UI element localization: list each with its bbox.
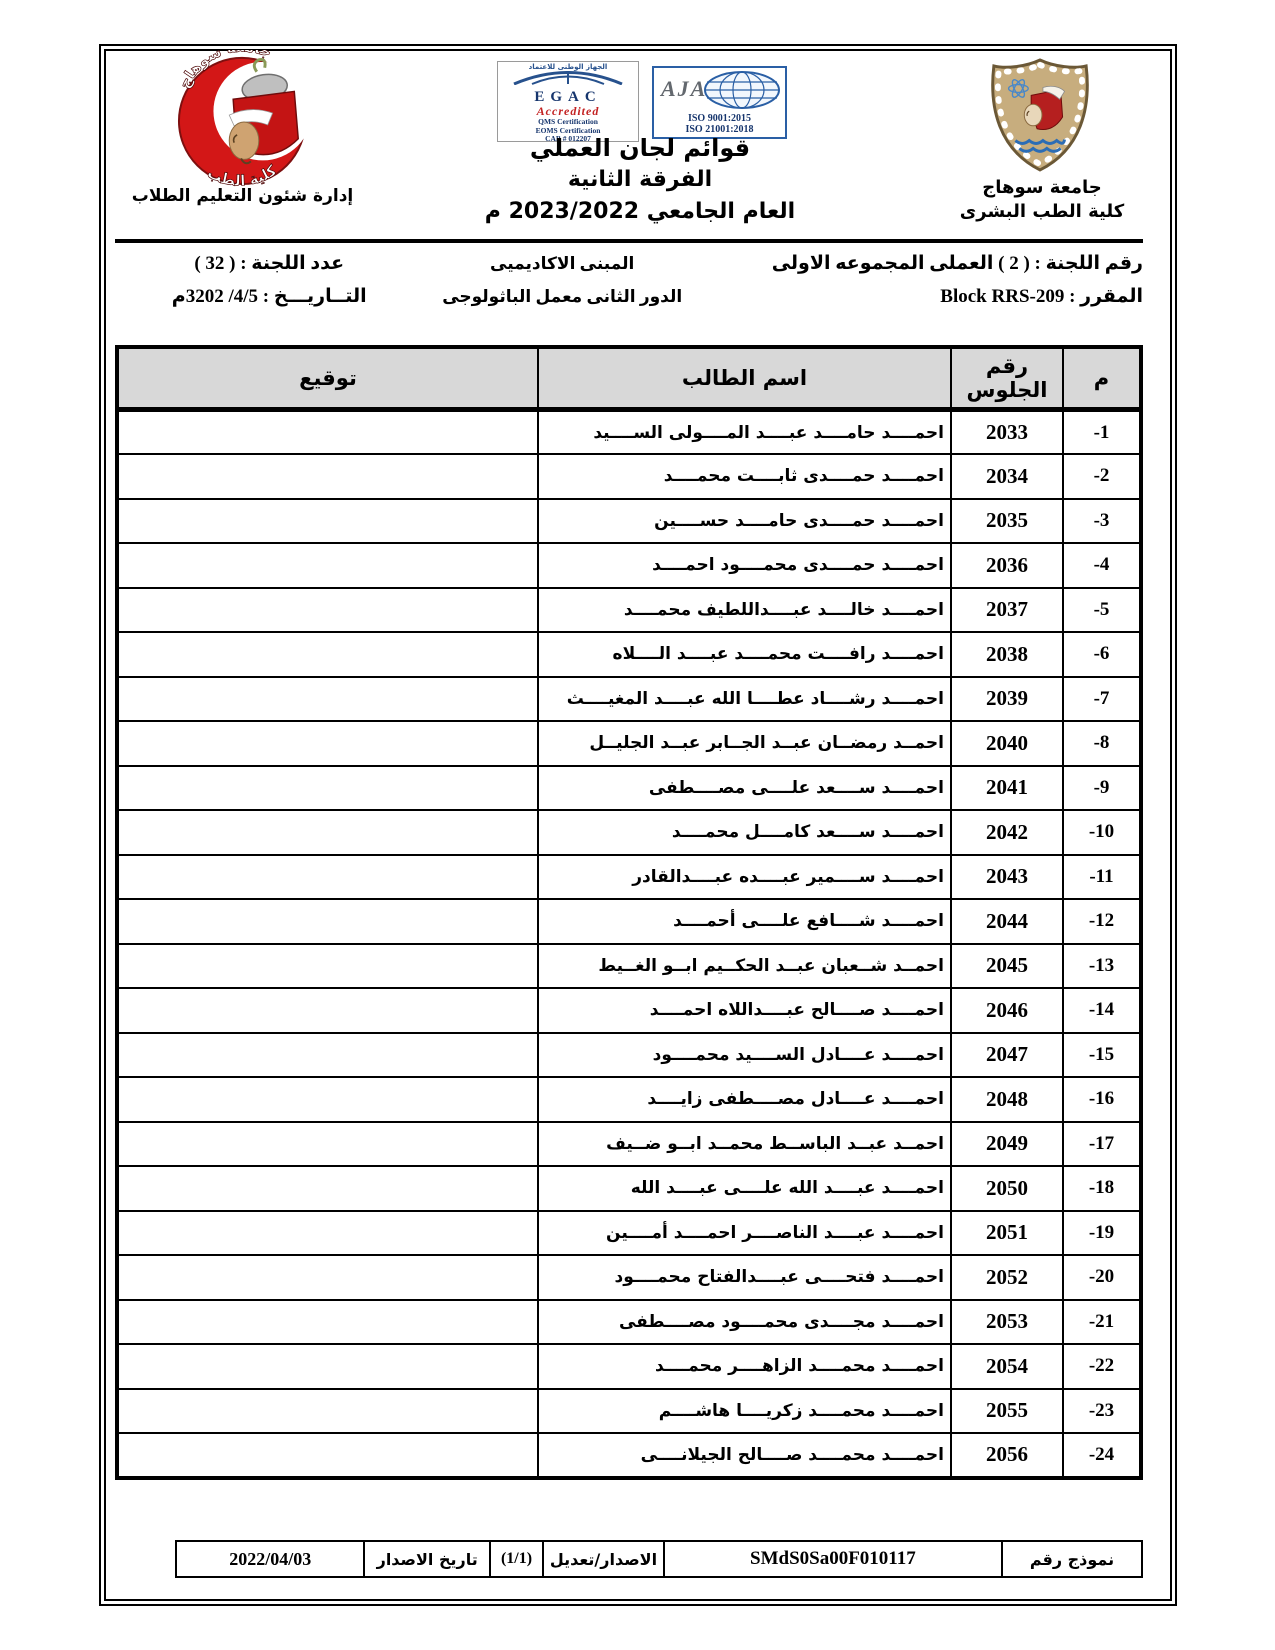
signature-cell [117, 899, 538, 944]
seat-number-cell: 2051 [951, 1211, 1063, 1256]
student-name-cell: احمــــد ســــمير عبــــده عبــــدالقادر [538, 855, 951, 900]
col-header-seat: رقم الجلوس [951, 347, 1063, 410]
seat-number-cell: 2043 [951, 855, 1063, 900]
aja-iso1: ISO 9001:2015 [654, 113, 785, 124]
row-number-cell: -20 [1063, 1255, 1141, 1300]
table-row: -132045احمــد شــعبان عبــد الحكــيم ابـ… [117, 944, 1141, 989]
row-number-cell: -11 [1063, 855, 1141, 900]
table-row: -82040احمــد رمضــان عبــد الجــابر عبــ… [117, 721, 1141, 766]
issue-date-label: تاريخ الاصدار [364, 1541, 490, 1577]
seat-number-cell: 2044 [951, 899, 1063, 944]
col-header-signature: توقيع [117, 347, 538, 410]
university-name: جامعة سوهاج [922, 176, 1162, 200]
egac-arabic-arc-text: الجهاز الوطنى للاعتماد [498, 63, 638, 71]
row-number-cell: -22 [1063, 1344, 1141, 1389]
committee-info: رقم اللجنة : ( 2 ) العملى المجموعه الاول… [115, 247, 1143, 313]
signature-cell [117, 721, 538, 766]
issue-value: (1/1) [490, 1541, 543, 1577]
student-name-cell: احمــــد حمــــدى ثابــــت محمــــد [538, 454, 951, 499]
row-number-cell: -12 [1063, 899, 1141, 944]
row-number-cell: -16 [1063, 1077, 1141, 1122]
table-row: -202052احمــــد فتحــــى عبــــدالفتاح م… [117, 1255, 1141, 1300]
table-row: -22034احمــــد حمــــدى ثابــــت محمــــ… [117, 454, 1141, 499]
student-name-cell: احمــــد عبــــد الله علــــى عبــــد ال… [538, 1166, 951, 1211]
signature-cell [117, 1077, 538, 1122]
table-row: -222054احمــــد محمــــد الزاهــــر محمـ… [117, 1344, 1141, 1389]
signature-cell [117, 588, 538, 633]
table-row: -12033احمــــد حامــــد عبــــد المــــو… [117, 410, 1141, 455]
issue-label: الاصدار/تعديل [543, 1541, 664, 1577]
row-number-cell: -1 [1063, 410, 1141, 455]
table-row: -192051احمــــد عبــــد الناصــــر احمــ… [117, 1211, 1141, 1256]
row-number-cell: -14 [1063, 988, 1141, 1033]
row-number-cell: -7 [1063, 677, 1141, 722]
table-row: -152047احمــــد عــــادل الســــيد محمــ… [117, 1033, 1141, 1078]
egac-roof-icon [506, 71, 630, 85]
signature-cell [117, 543, 538, 588]
student-name-cell: احمــــد محمــــد صــــالح الجيلانــــى [538, 1433, 951, 1478]
student-name-cell: احمــــد عــــادل مصــــطفى زايــــد [538, 1077, 951, 1122]
row-number-cell: -3 [1063, 499, 1141, 544]
signature-cell [117, 1433, 538, 1478]
seat-number-cell: 2052 [951, 1255, 1063, 1300]
row-number-cell: -13 [1063, 944, 1141, 989]
seat-number-cell: 2045 [951, 944, 1063, 989]
row-number-cell: -21 [1063, 1300, 1141, 1345]
row-number-cell: -2 [1063, 454, 1141, 499]
seat-number-cell: 2039 [951, 677, 1063, 722]
row-number-cell: -18 [1063, 1166, 1141, 1211]
signature-cell [117, 1211, 538, 1256]
seat-number-cell: 2038 [951, 632, 1063, 677]
signature-cell [117, 454, 538, 499]
signature-cell [117, 1300, 538, 1345]
table-row: -62038احمــــد رافــــت محمــــد عبــــد… [117, 632, 1141, 677]
seat-number-cell: 2033 [951, 410, 1063, 455]
table-row: -42036احمــــد حمــــدى محمــــود احمـــ… [117, 543, 1141, 588]
table-row: -172049احمــد عبــد الباســط محمــد ابــ… [117, 1122, 1141, 1167]
students-table-header: م رقم الجلوس اسم الطالب توقيع [117, 347, 1141, 410]
header-row: م رقم الجلوس اسم الطالب توقيع [117, 347, 1141, 410]
student-name-cell: احمــــد ســــعد علــــى مصــــطفى [538, 766, 951, 811]
form-number-value: SMdS0Sa00F010117 [664, 1541, 1002, 1577]
student-name-cell: احمــــد رشــــاد عطــــا الله عبــــد ا… [538, 677, 951, 722]
title-academic-year: العام الجامعي 2023/2022 م [415, 195, 865, 228]
row-number-cell: -6 [1063, 632, 1141, 677]
student-name-cell: احمــــد محمــــد زكريــــا هاشــــم [538, 1389, 951, 1434]
footer-row: نموذج رقم SMdS0Sa00F010117 الاصدار/تعديل… [176, 1541, 1142, 1577]
signature-cell [117, 410, 538, 455]
student-affairs-caption: إدارة شئون التعليم الطلاب [130, 186, 355, 206]
col-header-name: اسم الطالب [538, 347, 951, 410]
table-row: -212053احمــــد مجــــدى محمــــود مصـــ… [117, 1300, 1141, 1345]
row-number-cell: -15 [1063, 1033, 1141, 1078]
signature-cell [117, 944, 538, 989]
signature-cell [117, 1344, 538, 1389]
students-table: م رقم الجلوس اسم الطالب توقيع -12033احمـ… [115, 345, 1143, 1480]
egac-logo: الجهاز الوطنى للاعتماد EGAC Accredited Q… [497, 61, 639, 142]
row-number-cell: -10 [1063, 810, 1141, 855]
student-name-cell: احمــــد محمــــد الزاهــــر محمــــد [538, 1344, 951, 1389]
student-name-cell: احمــــد خالــــد عبــــداللطيف محمــــد [538, 588, 951, 633]
signature-cell [117, 855, 538, 900]
student-name-cell: احمــــد حمــــدى حامــــد حســــين [538, 499, 951, 544]
seat-number-cell: 2042 [951, 810, 1063, 855]
signature-cell [117, 677, 538, 722]
row-number-cell: -5 [1063, 588, 1141, 633]
student-name-cell: احمــــد صــــالح عبــــداللاه احمــــد [538, 988, 951, 1033]
seat-number-cell: 2055 [951, 1389, 1063, 1434]
student-name-cell: احمــــد شــــافع علــــى أحمــــد [538, 899, 951, 944]
exam-committee-sheet: { "page": { "header": { "left_logo": { "… [0, 0, 1275, 1650]
seat-number-cell: 2036 [951, 543, 1063, 588]
student-name-cell: احمــــد عــــادل الســــيد محمــــود [538, 1033, 951, 1078]
table-row: -122044احمــــد شــــافع علــــى أحمــــ… [117, 899, 1141, 944]
student-name-cell: احمــــد فتحــــى عبــــدالفتاح محمــــو… [538, 1255, 951, 1300]
aja-globe-icon [702, 70, 782, 110]
table-row: -162048احمــــد عــــادل مصــــطفى زايــ… [117, 1077, 1141, 1122]
seat-number-cell: 2054 [951, 1344, 1063, 1389]
table-row: -112043احمــــد ســــمير عبــــده عبــــ… [117, 855, 1141, 900]
seat-number-cell: 2049 [951, 1122, 1063, 1167]
row-number-cell: -19 [1063, 1211, 1141, 1256]
building-name: المبنى الاكاديميى [423, 254, 701, 274]
signature-cell [117, 632, 538, 677]
exam-date: التــاريـــخ : 4/5/ 3202م [115, 285, 423, 308]
row-number-cell: -8 [1063, 721, 1141, 766]
seat-number-cell: 2040 [951, 721, 1063, 766]
table-row: -142046احمــــد صــــالح عبــــداللاه اح… [117, 988, 1141, 1033]
seat-number-cell: 2046 [951, 988, 1063, 1033]
student-name-cell: احمــد عبــد الباســط محمــد ابــو ضــيف [538, 1122, 951, 1167]
form-number-label: نموذج رقم [1002, 1541, 1142, 1577]
committee-count: عدد اللجنة : ( 32 ) [115, 252, 423, 275]
signature-cell [117, 1122, 538, 1167]
exam-location: الدور الثانى معمل الباثولوجى [423, 287, 701, 307]
student-name-cell: احمــــد رافــــت محمــــد عبــــد الـــ… [538, 632, 951, 677]
table-row: -242056احمــــد محمــــد صــــالح الجيلا… [117, 1433, 1141, 1478]
table-row: -102042احمــــد ســــعد كامــــل محمــــ… [117, 810, 1141, 855]
table-row: -92041احمــــد ســــعد علــــى مصــــطفى [117, 766, 1141, 811]
table-row: -232055احمــــد محمــــد زكريــــا هاشــ… [117, 1389, 1141, 1434]
university-shield-logo [986, 55, 1094, 175]
document-titles: قوائم لجان العملي الفرقة الثانية العام ا… [415, 132, 865, 228]
aja-logo: AJA ISO 9001:2015 ISO 21001:2018 [652, 66, 787, 139]
signature-cell [117, 988, 538, 1033]
row-number-cell: -17 [1063, 1122, 1141, 1167]
students-table-body: -12033احمــــد حامــــد عبــــد المــــو… [117, 410, 1141, 1478]
seat-number-cell: 2034 [951, 454, 1063, 499]
table-row: -182050احمــــد عبــــد الله علــــى عبـ… [117, 1166, 1141, 1211]
faculty-name: كلية الطب البشرى [922, 200, 1162, 224]
signature-cell [117, 499, 538, 544]
student-name-cell: احمــــد مجــــدى محمــــود مصــــطفى [538, 1300, 951, 1345]
seat-number-cell: 2050 [951, 1166, 1063, 1211]
signature-cell [117, 1255, 538, 1300]
info-row-1: رقم اللجنة : ( 2 ) العملى المجموعه الاول… [115, 247, 1143, 280]
seat-number-cell: 2048 [951, 1077, 1063, 1122]
committee-number: رقم اللجنة : ( 2 ) العملى المجموعه الاول… [701, 252, 1143, 275]
aja-name: AJA [661, 76, 707, 102]
student-name-cell: احمــد رمضــان عبــد الجــابر عبــد الجل… [538, 721, 951, 766]
seat-number-cell: 2047 [951, 1033, 1063, 1078]
table-row: -52037احمــــد خالــــد عبــــداللطيف مح… [117, 588, 1141, 633]
col-header-index: م [1063, 347, 1141, 410]
title-committee-lists: قوائم لجان العملي [415, 132, 865, 164]
student-name-cell: احمــــد حامــــد عبــــد المــــولى الس… [538, 410, 951, 455]
course-code: المقرر : Block RRS-209 [701, 285, 1143, 308]
student-name-cell: احمــــد ســــعد كامــــل محمــــد [538, 810, 951, 855]
student-name-cell: احمــــد حمــــدى محمــــود احمــــد [538, 543, 951, 588]
seat-number-cell: 2035 [951, 499, 1063, 544]
signature-cell [117, 1166, 538, 1211]
seat-number-cell: 2037 [951, 588, 1063, 633]
row-number-cell: -23 [1063, 1389, 1141, 1434]
signature-cell [117, 1389, 538, 1434]
signature-cell [117, 810, 538, 855]
header-divider-rule [115, 239, 1143, 243]
egac-name: EGAC [498, 90, 638, 105]
seat-number-cell: 2053 [951, 1300, 1063, 1345]
seat-number-cell: 2056 [951, 1433, 1063, 1478]
signature-cell [117, 1033, 538, 1078]
student-name-cell: احمــد شــعبان عبــد الحكــيم ابــو الغـ… [538, 944, 951, 989]
row-number-cell: -24 [1063, 1433, 1141, 1478]
table-row: -32035احمــــد حمــــدى حامــــد حســــي… [117, 499, 1141, 544]
form-footer: نموذج رقم SMdS0Sa00F010117 الاصدار/تعديل… [175, 1540, 1143, 1578]
seat-number-cell: 2041 [951, 766, 1063, 811]
info-row-2: المقرر : Block RRS-209 الدور الثانى معمل… [115, 280, 1143, 313]
signature-cell [117, 766, 538, 811]
title-second-year: الفرقة الثانية [415, 164, 865, 195]
row-number-cell: -9 [1063, 766, 1141, 811]
issue-date-value: 2022/04/03 [176, 1541, 364, 1577]
table-row: -72039احمــــد رشــــاد عطــــا الله عبـ… [117, 677, 1141, 722]
student-name-cell: احمــــد عبــــد الناصــــر احمــــد أمـ… [538, 1211, 951, 1256]
row-number-cell: -4 [1063, 543, 1141, 588]
university-caption: جامعة سوهاج كلية الطب البشرى [922, 176, 1162, 224]
faculty-crescent-logo: جامعة سوهاج كلية الطب [146, 50, 344, 188]
